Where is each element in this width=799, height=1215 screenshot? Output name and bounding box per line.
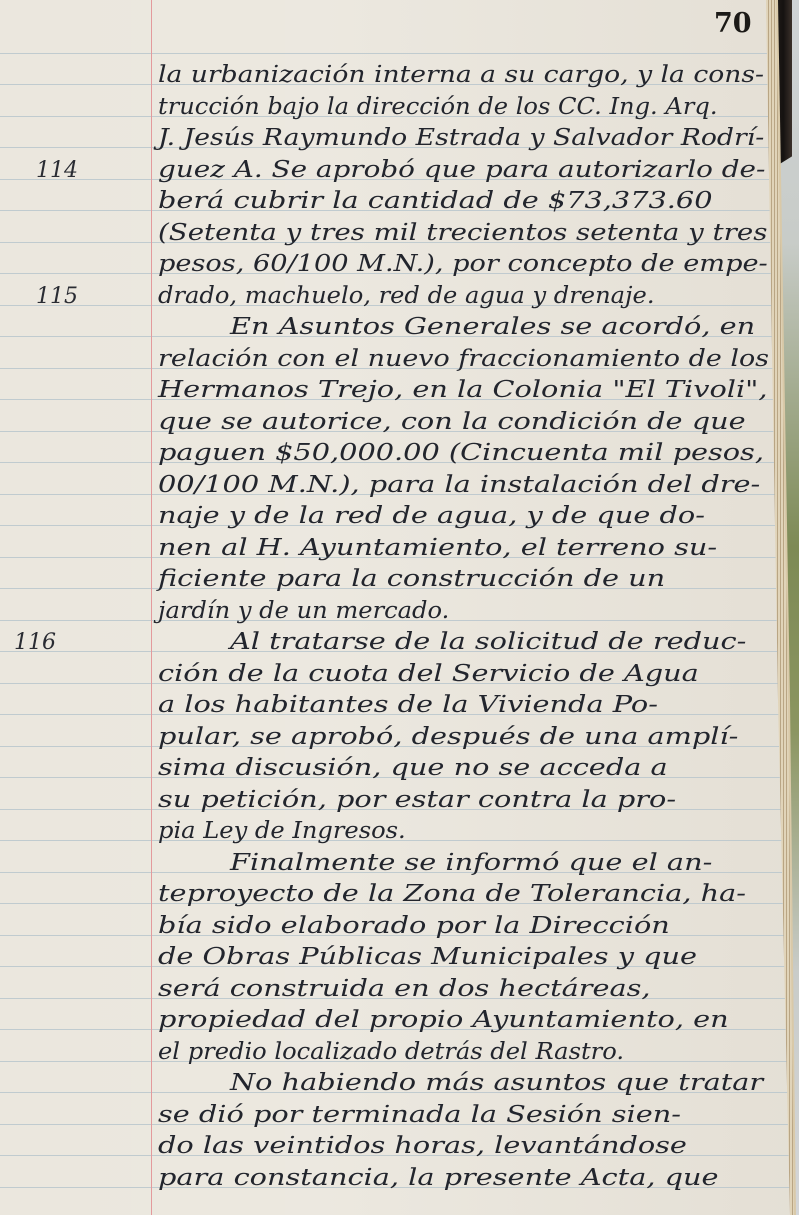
text-line: No habiendo más asuntos que tratar — [230, 1072, 763, 1095]
text-line: el predio localizado detrás del Rastro. — [158, 1041, 624, 1064]
text-line: sima discusión, que no se acceda a — [158, 757, 668, 780]
text-line: 00/100 M.N.), para la instalación del dr… — [158, 474, 760, 497]
text-line: jardín y de un mercado. — [158, 600, 449, 623]
text-line: guez A. Se aprobó que para autorizarlo d… — [158, 159, 765, 182]
text-line: será construida en dos hectáreas, — [158, 978, 651, 1001]
text-line: Hermanos Trejo, en la Colonia "El Tivoli… — [158, 379, 768, 402]
text-line: ficiente para la construcción de un — [158, 568, 665, 591]
text-line: paguen $50,000.00 (Cincuenta mil pesos, — [158, 442, 764, 465]
text-line: a los habitantes de la Vivienda Po- — [158, 694, 658, 717]
text-line: Al tratarse de la solicitud de reduc- — [230, 631, 746, 654]
text-line: ción de la cuota del Servicio de Agua — [158, 663, 699, 686]
text-line: que se autorice, con la condición de que — [158, 411, 746, 434]
text-line: naje y de la red de agua, y de que do- — [158, 505, 705, 528]
text-line: pesos, 60/100 M.N.), por concepto de emp… — [158, 253, 768, 276]
text-line: pia Ley de Ingresos. — [158, 820, 406, 843]
text-line: para constancia, la presente Acta, que — [158, 1167, 719, 1190]
text-line: drado, machuelo, red de agua y drenaje. — [158, 285, 655, 308]
text-line: Finalmente se informó que el an- — [230, 852, 712, 875]
margin-entry-number: 116 — [14, 632, 56, 654]
text-line: J. Jesús Raymundo Estrada y Salvador Rod… — [158, 127, 764, 150]
text-line: nen al H. Ayuntamiento, el terreno su- — [158, 537, 717, 560]
page-number: 70 — [714, 8, 752, 39]
ruled-line — [0, 53, 799, 54]
text-line: de Obras Públicas Municipales y que — [158, 946, 697, 969]
text-line: En Asuntos Generales se acordó, en — [230, 316, 755, 339]
text-line: se dió por terminada la Sesión sien- — [158, 1104, 681, 1127]
margin-entry-number: 115 — [36, 286, 78, 308]
text-line: pular, se aprobó, después de una amplí- — [158, 726, 738, 749]
text-line: (Setenta y tres mil trecientos setenta y… — [158, 222, 767, 245]
text-line: teproyecto de la Zona de Tolerancia, ha- — [158, 883, 746, 906]
text-line: do las veintidos horas, levantándose — [158, 1135, 687, 1158]
text-line: la urbanización interna a su cargo, y la… — [158, 64, 764, 87]
margin-entry-number: 114 — [36, 160, 78, 182]
text-line: su petición, por estar contra la pro- — [158, 789, 676, 812]
text-line: relación con el nuevo fraccionamiento de… — [158, 348, 769, 371]
text-line: berá cubrir la cantidad de $73,373.60 — [158, 190, 713, 213]
text-line: trucción bajo la dirección de los CC. In… — [158, 96, 718, 119]
text-line: propiedad del propio Ayuntamiento, en — [158, 1009, 729, 1032]
text-line: bía sido elaborado por la Dirección — [158, 915, 670, 938]
red-margin-line — [151, 0, 152, 1215]
